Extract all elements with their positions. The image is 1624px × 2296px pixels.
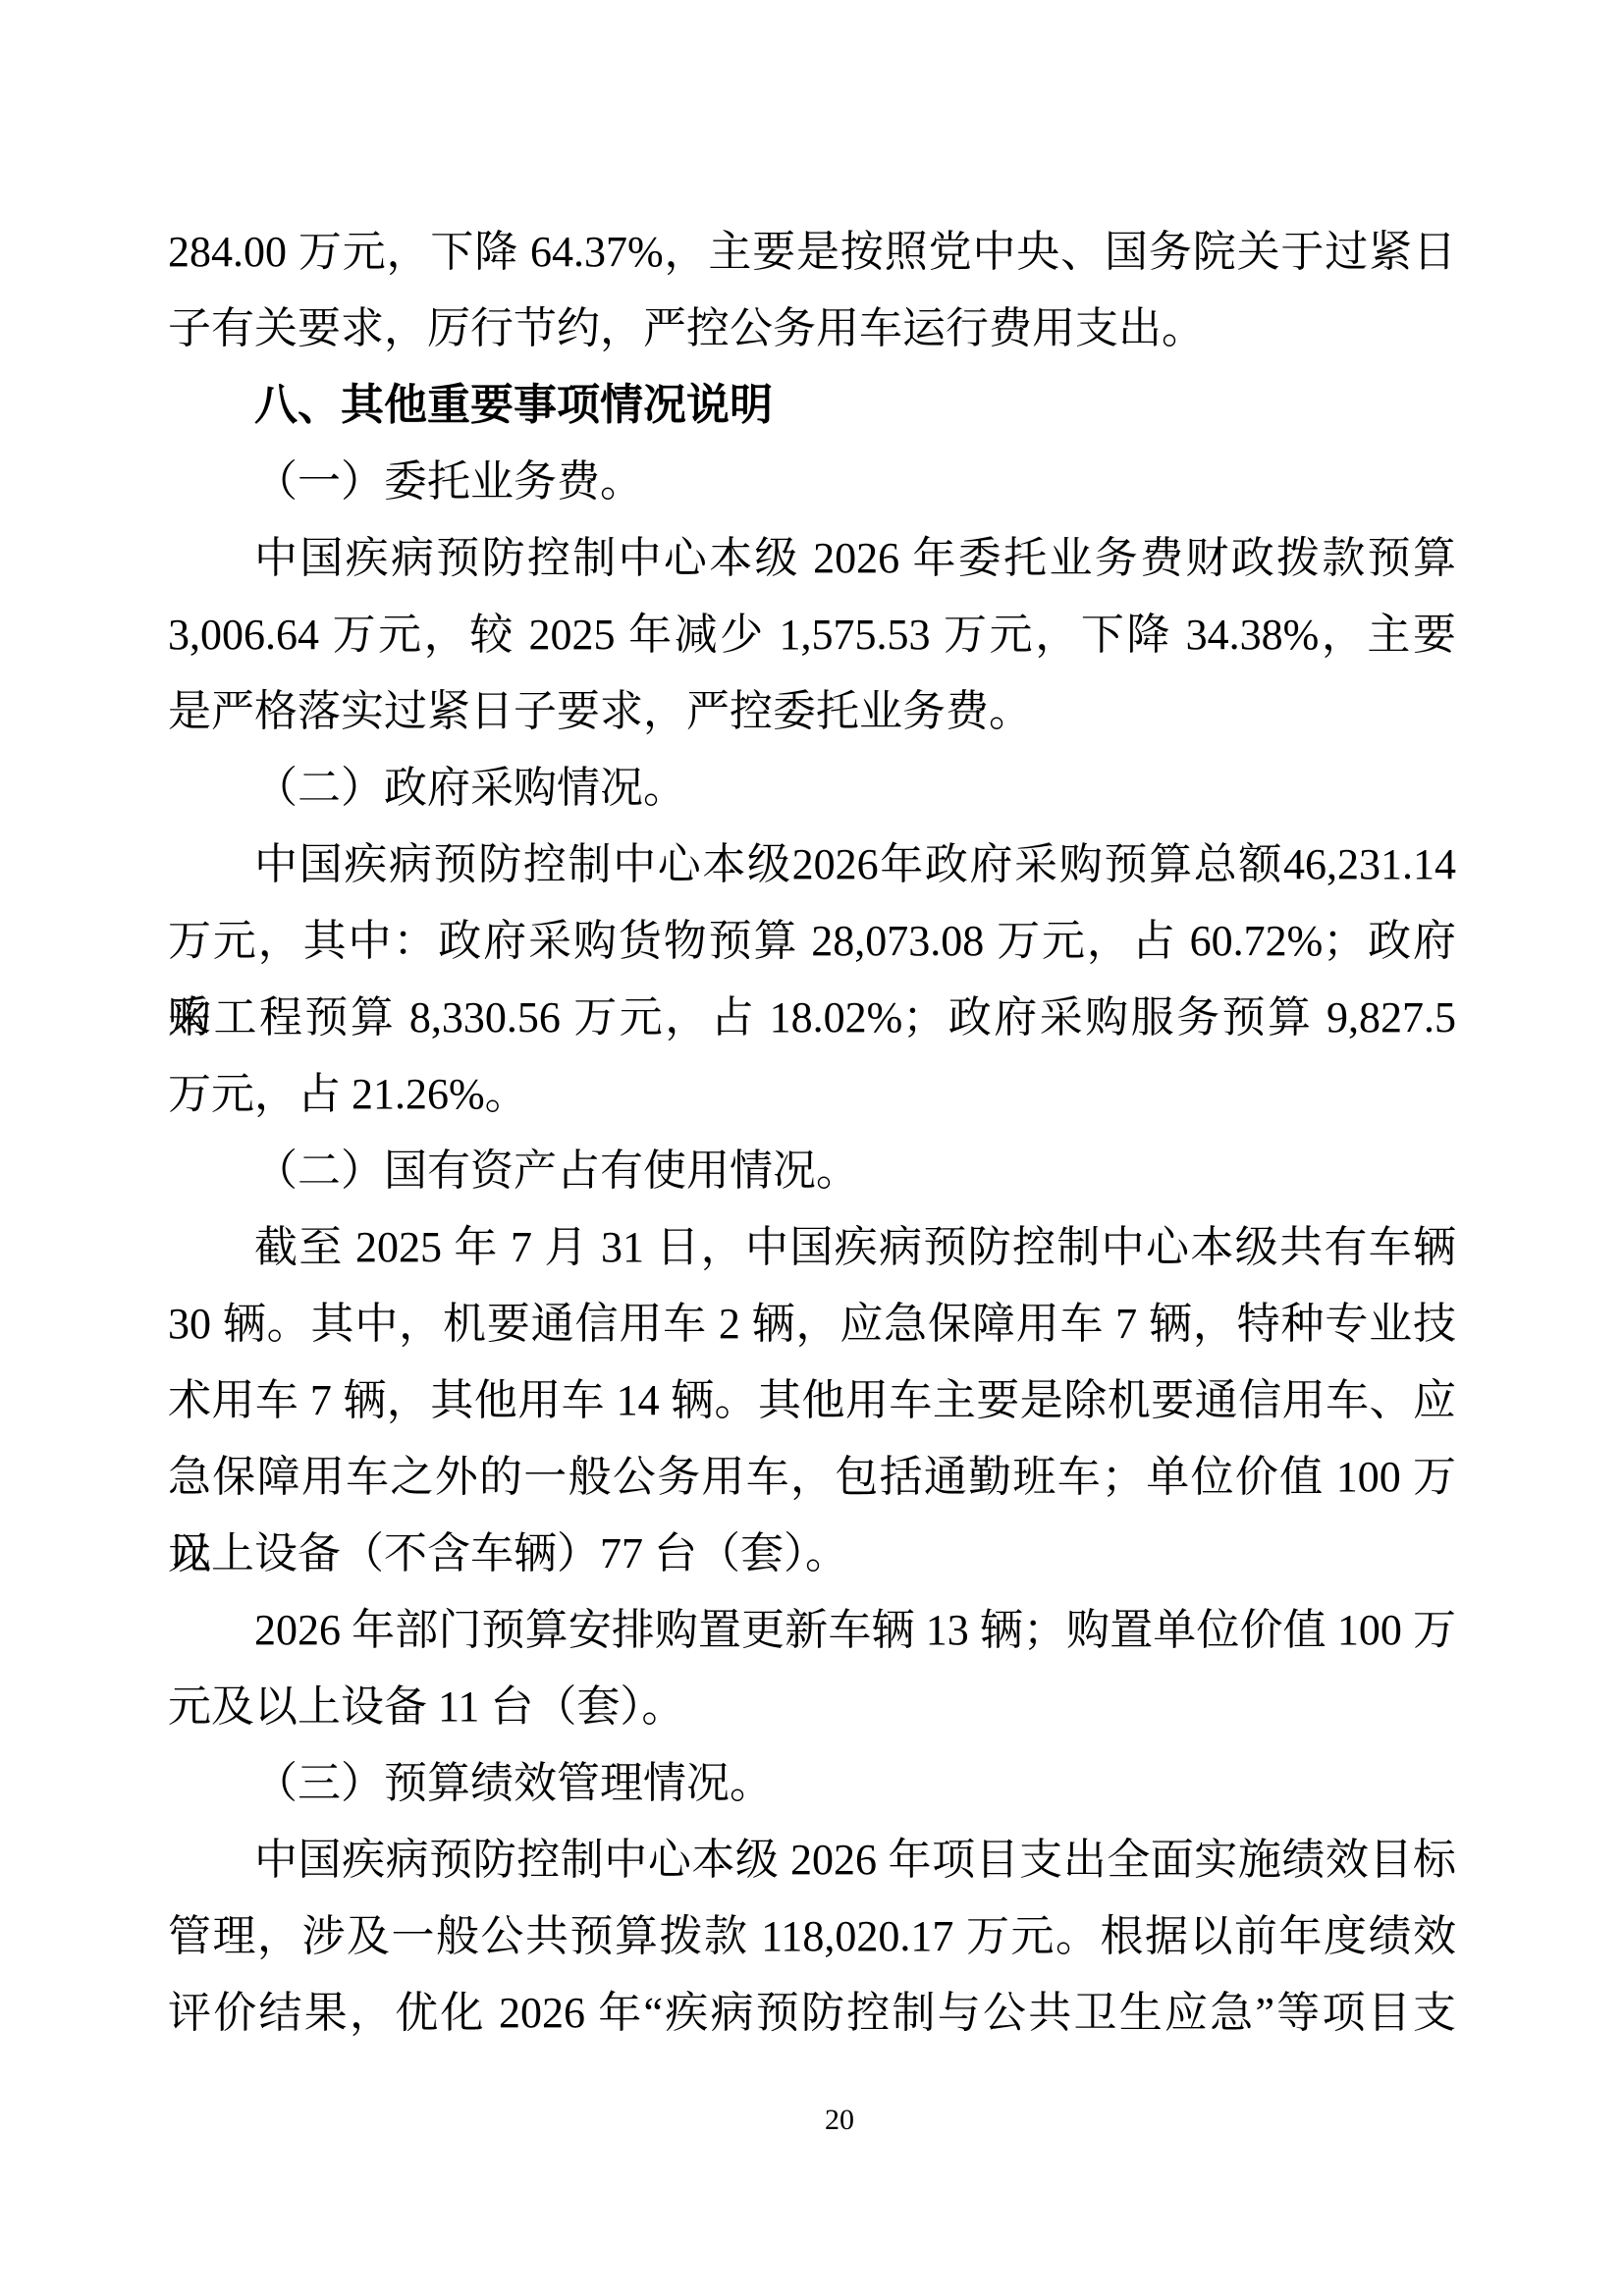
document-page: 284.00 万元，下降 64.37%，主要是按照党中央、国务院关于过紧日 子有…: [0, 0, 1624, 2296]
text-line: 子有关要求，厉行节约，严控公务用车运行费用支出。: [168, 291, 1456, 367]
text-line: 30 辆。其中，机要通信用车 2 辆，应急保障用车 7 辆，特种专业技: [168, 1286, 1456, 1362]
text-line: 以上设备（不含车辆）77 台（套）。: [168, 1516, 1456, 1592]
text-line: 截至 2025 年 7 月 31 日，中国疾病预防控制中心本级共有车辆: [168, 1209, 1456, 1286]
subsection-heading: （二）国有资产占有使用情况。: [168, 1133, 1456, 1209]
document-body: 284.00 万元，下降 64.37%，主要是按照党中央、国务院关于过紧日 子有…: [168, 214, 1456, 2052]
subsection-heading: （二）政府采购情况。: [168, 750, 1456, 827]
section-heading: 八、其他重要事项情况说明: [168, 367, 1456, 444]
text-line: 中国疾病预防控制中心本级 2026 年项目支出全面实施绩效目标: [168, 1822, 1456, 1898]
text-line: 中国疾病预防控制中心本级2026年政府采购预算总额46,231.14: [168, 827, 1456, 903]
text-line: 元及以上设备 11 台（套）。: [168, 1669, 1456, 1745]
text-line: 评价结果，优化 2026 年“疾病预防控制与公共卫生应急”等项目支: [168, 1975, 1456, 2052]
text-line: 购工程预算 8,330.56 万元，占 18.02%；政府采购服务预算 9,82…: [168, 980, 1456, 1056]
page-number: 20: [825, 2104, 854, 2136]
text-line: 术用车 7 辆，其他用车 14 辆。其他用车主要是除机要通信用车、应: [168, 1362, 1456, 1439]
text-line: 3,006.64 万元，较 2025 年减少 1,575.53 万元，下降 34…: [168, 597, 1456, 673]
subsection-heading: （一）委托业务费。: [168, 444, 1456, 520]
text-line: 万元，其中：政府采购货物预算 28,073.08 万元，占 60.72%；政府采: [168, 903, 1456, 980]
text-line: 急保障用车之外的一般公务用车，包括通勤班车；单位价值 100 万元: [168, 1439, 1456, 1516]
text-line: 284.00 万元，下降 64.37%，主要是按照党中央、国务院关于过紧日: [168, 214, 1456, 291]
page-footer: 20: [0, 2101, 1624, 2140]
subsection-heading: （三）预算绩效管理情况。: [168, 1745, 1456, 1822]
text-line: 管理，涉及一般公共预算拨款 118,020.17 万元。根据以前年度绩效: [168, 1898, 1456, 1975]
text-line: 2026 年部门预算安排购置更新车辆 13 辆；购置单位价值 100 万: [168, 1592, 1456, 1669]
text-line: 万元，占 21.26%。: [168, 1056, 1456, 1133]
text-line: 中国疾病预防控制中心本级 2026 年委托业务费财政拨款预算: [168, 520, 1456, 597]
text-line: 是严格落实过紧日子要求，严控委托业务费。: [168, 673, 1456, 750]
